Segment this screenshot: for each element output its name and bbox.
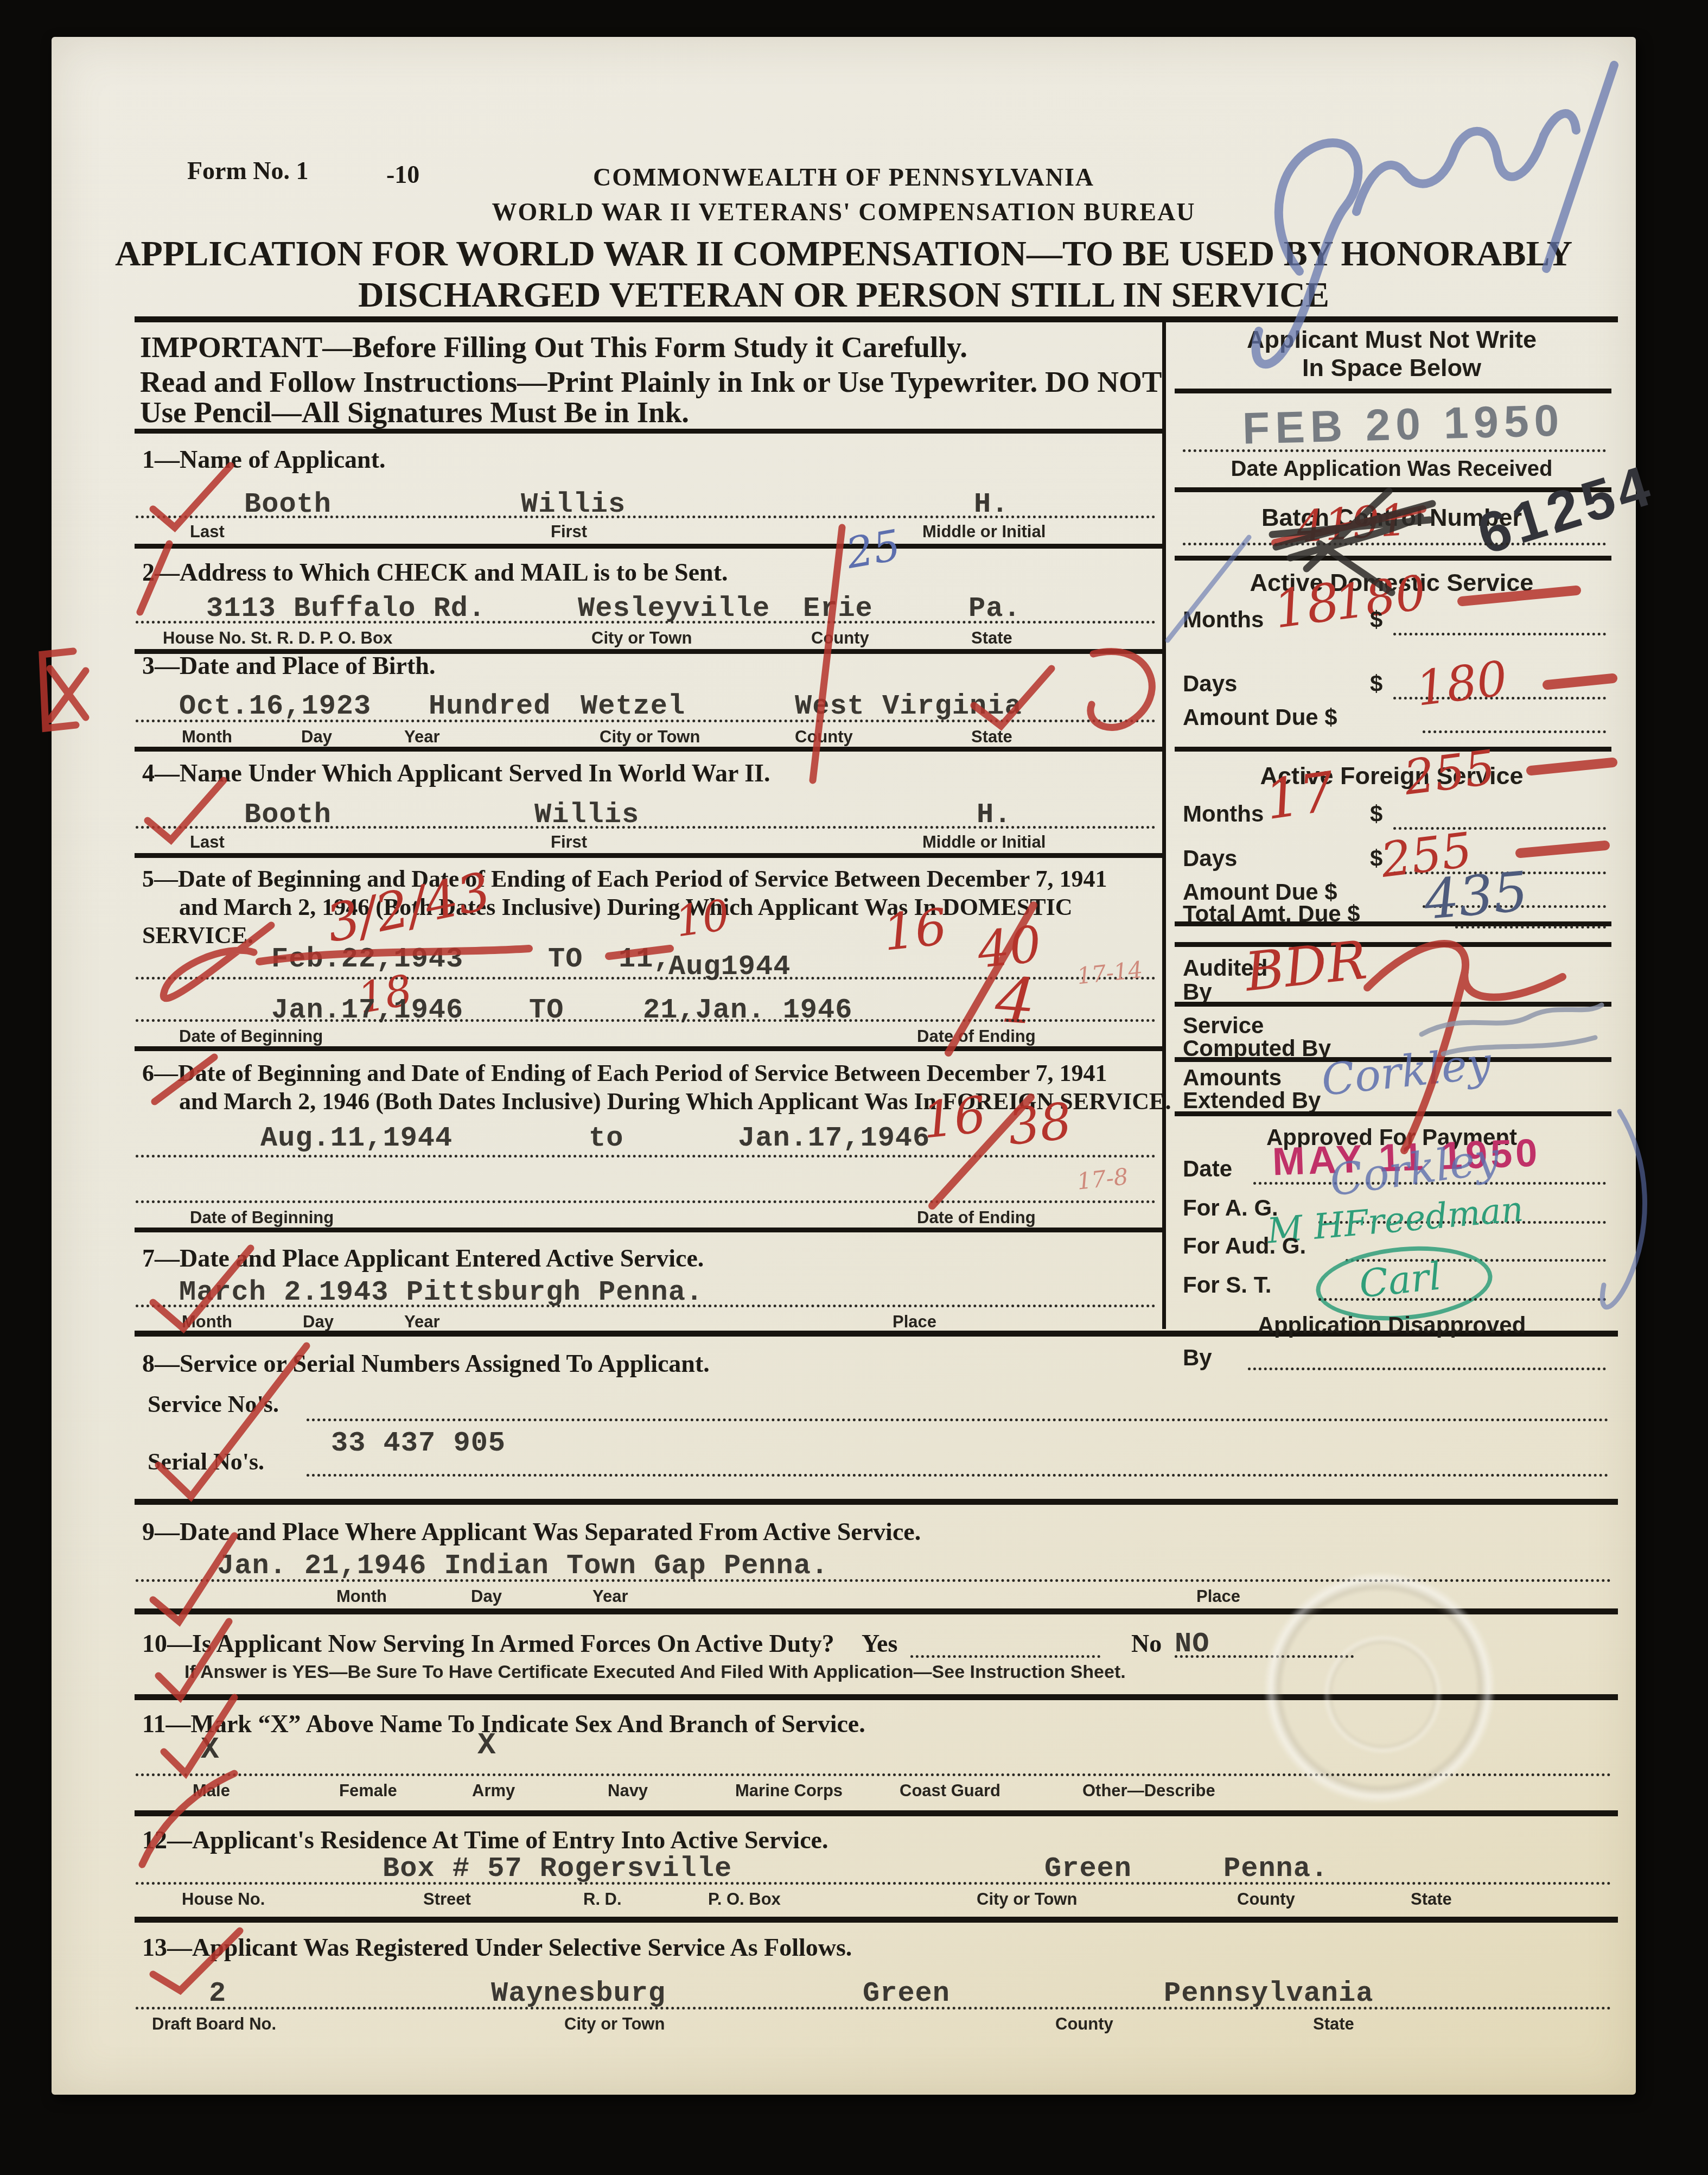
- label-state: State: [1313, 2014, 1354, 2034]
- divider: [135, 544, 1162, 549]
- section-7-heading: 7—Date and Place Applicant Entered Activ…: [142, 1244, 704, 1273]
- birth-city: Hundred: [429, 690, 551, 722]
- section-5-heading-3: SERVICE.: [142, 921, 253, 949]
- label-date-of-ending: Date of Ending: [917, 1208, 1036, 1228]
- important-line-1: IMPORTANT—Before Filling Out This Form S…: [140, 330, 967, 364]
- entry-line: [1248, 1368, 1606, 1370]
- label-po-box: P. O. Box: [708, 1890, 781, 1909]
- separated-value: Jan. 21,1946 Indian Town Gap Penna.: [217, 1550, 828, 1582]
- label-by: By: [1183, 1345, 1212, 1371]
- entry-line: [307, 1474, 1609, 1477]
- label-for-st: For S. T.: [1183, 1272, 1271, 1298]
- foreign-end-date: Jan.17,1946: [738, 1122, 930, 1154]
- section-8-heading: 8—Service or Serial Numbers Assigned To …: [142, 1349, 710, 1378]
- divider: [1175, 389, 1611, 393]
- label-amounts-extended-2: Extended By: [1183, 1087, 1321, 1114]
- birth-state: West Virginia: [795, 690, 1022, 722]
- foreign-begin-date: Aug.11,1944: [260, 1122, 453, 1154]
- handwritten-months-16: 16: [920, 1085, 989, 1150]
- entry-line: [136, 1882, 1611, 1885]
- date-received-stamp: FEB 20 1950: [1242, 395, 1565, 454]
- label-coast-guard: Coast Guard: [900, 1781, 1000, 1801]
- domestic-begin-date-struck: Feb.22,1943: [271, 943, 463, 975]
- dollar-sign: $: [1370, 801, 1382, 827]
- label-middle: Middle or Initial: [922, 832, 1046, 852]
- label-date-of-beginning: Date of Beginning: [179, 1027, 323, 1046]
- label-house: House No. St. R. D. P. O. Box: [163, 628, 392, 648]
- label-county: County: [795, 727, 853, 747]
- mail-state: Pa.: [968, 593, 1021, 625]
- label-rd: R. D.: [583, 1890, 622, 1909]
- divider: [135, 316, 1618, 322]
- label-for-ag: For A. G.: [1183, 1195, 1278, 1221]
- agency-line-1: COMMONWEALTH OF PENNSYLVANIA: [52, 163, 1636, 192]
- divider: [135, 853, 1162, 858]
- handwritten-note-17-8: 17-8: [1076, 1163, 1130, 1195]
- label-amounts-extended-1: Amounts: [1183, 1065, 1282, 1091]
- label-city: City or Town: [600, 727, 700, 747]
- section-1-heading: 1—Name of Applicant.: [142, 445, 386, 474]
- section-11-heading: 11—Mark “X” Above Name To Indicate Sex A…: [142, 1709, 865, 1738]
- important-line-3: Use Pencil—All Signatures Must Be in Ink…: [140, 395, 689, 429]
- section-6-heading-1: 6—Date of Beginning and Date of Ending o…: [142, 1059, 1107, 1087]
- label-date-of-beginning: Date of Beginning: [190, 1208, 334, 1228]
- label-marine-corps: Marine Corps: [735, 1781, 843, 1801]
- label-army: Army: [472, 1781, 515, 1801]
- label-state: State: [1411, 1890, 1452, 1909]
- label-serial-nos: Serial No's.: [148, 1448, 264, 1476]
- section-4-heading: 4—Name Under Which Applicant Served In W…: [142, 759, 770, 787]
- selective-service-city: Waynesburg: [491, 1977, 666, 2009]
- no-write-notice-1: Applicant Must Not Write: [1175, 326, 1609, 354]
- domestic-end-day-struck: 11,: [619, 943, 671, 975]
- column-divider: [1162, 316, 1166, 1329]
- label-state: State: [971, 628, 1012, 648]
- label-yes: Yes: [862, 1629, 897, 1658]
- dollar-sign: $: [1370, 607, 1382, 633]
- birth-county: Wetzel: [581, 690, 685, 722]
- divider: [1175, 747, 1611, 752]
- entry-line: [1183, 449, 1606, 452]
- label-date-of-ending: Date of Ending: [917, 1027, 1036, 1046]
- label-amount-due: Amount Due $: [1183, 704, 1337, 730]
- total-amount-value: 435: [1422, 860, 1530, 932]
- label-navy: Navy: [608, 1781, 648, 1801]
- foreign-amount-top-value: 255: [1401, 739, 1498, 806]
- label-date: Date: [1183, 1156, 1232, 1182]
- divider: [1175, 1111, 1611, 1116]
- entry-line: [136, 720, 1156, 722]
- mail-county: Erie: [803, 593, 873, 625]
- residence-address: Box # 57 Rogersville: [383, 1853, 732, 1885]
- entered-service-value: March 2.1943 Pittsburgh Penna.: [179, 1276, 703, 1308]
- foreign-months-value: 17: [1261, 760, 1338, 832]
- entry-line: [136, 1305, 1156, 1307]
- entry-line: [1318, 1298, 1606, 1301]
- label-middle: Middle or Initial: [922, 522, 1046, 542]
- label-audited-2: By: [1183, 979, 1212, 1005]
- entry-line: [136, 1019, 1156, 1022]
- divider: [135, 1046, 1162, 1051]
- label-city: City or Town: [591, 628, 692, 648]
- label-street: Street: [423, 1890, 471, 1909]
- label-city: City or Town: [564, 2014, 665, 2034]
- label-place: Place: [893, 1312, 936, 1332]
- entry-line: [1393, 633, 1606, 635]
- entry-line: [136, 516, 1156, 518]
- label-county: County: [1055, 2014, 1113, 2034]
- label-total-amount: Total Amt. Due $: [1183, 901, 1360, 927]
- selective-service-county: Green: [863, 1977, 950, 2009]
- entry-line: [136, 621, 1156, 624]
- mail-address: 3113 Buffalo Rd.: [206, 593, 486, 625]
- entry-line: [136, 2007, 1611, 2009]
- residence-county: Green: [1044, 1853, 1132, 1885]
- selective-service-state: Pennsylvania: [1164, 1977, 1373, 2009]
- label-days: Days: [1183, 671, 1237, 697]
- label-day: Day: [301, 727, 332, 747]
- label-month: Month: [182, 1312, 232, 1332]
- entry-line: [136, 1155, 1156, 1158]
- label-last: Last: [190, 522, 225, 542]
- label-day: Day: [471, 1587, 502, 1606]
- label-month: Month: [182, 727, 232, 747]
- domestic-to: TO: [548, 943, 583, 975]
- label-month: Month: [336, 1587, 387, 1606]
- no-write-notice-2: In Space Below: [1175, 354, 1609, 382]
- draft-board-no: 2: [209, 1977, 226, 2009]
- label-no: No: [1131, 1629, 1162, 1658]
- handwritten-months-16: 16: [881, 898, 950, 962]
- handwritten-blue-note: 25: [843, 521, 904, 578]
- label-for-aud-g: For Aud. G.: [1183, 1233, 1306, 1259]
- form-title-line-1: APPLICATION FOR WORLD WAR II COMPENSATIO…: [52, 233, 1636, 275]
- label-county: County: [811, 628, 869, 648]
- entry-line: [1455, 926, 1606, 928]
- foreign-to: to: [589, 1122, 623, 1154]
- application-disapproved-heading: Application Disapproved: [1175, 1312, 1609, 1338]
- label-days: Days: [1183, 845, 1237, 872]
- serial-number-value: 33 437 905: [331, 1427, 506, 1459]
- label-state: State: [971, 727, 1012, 747]
- handwritten-days-38: 38: [1005, 1092, 1075, 1156]
- entry-line: [1423, 730, 1606, 733]
- label-year: Year: [404, 1312, 440, 1332]
- label-draft-board-no: Draft Board No.: [152, 2014, 276, 2034]
- divider: [135, 747, 1162, 752]
- handwritten-corrected-day: 10: [672, 891, 732, 947]
- section-3-heading: 3—Date and Place of Birth.: [142, 651, 435, 680]
- entry-line: [136, 1200, 1156, 1203]
- label-city: City or Town: [977, 1890, 1077, 1909]
- dollar-sign: $: [1370, 671, 1382, 697]
- label-year: Year: [592, 1587, 628, 1606]
- section-5-heading-1: 5—Date of Beginning and Date of Ending o…: [142, 865, 1107, 893]
- audited-by-initials: BDR: [1242, 930, 1370, 1004]
- label-county: County: [1237, 1890, 1295, 1909]
- scanned-document: Form No. 1 -10 COMMONWEALTH OF PENNSYLVA…: [0, 0, 1708, 2175]
- label-female: Female: [339, 1781, 397, 1801]
- section-2-heading: 2—Address to Which CHECK and MAIL is to …: [142, 558, 728, 587]
- birth-date: Oct.16,1923: [179, 690, 371, 722]
- divider: [1175, 942, 1611, 947]
- x-mark-army: X: [477, 1728, 496, 1763]
- foreign-service-heading: Active Foreign Service: [1175, 762, 1609, 790]
- label-year: Year: [404, 727, 440, 747]
- divider: [1175, 556, 1611, 561]
- label-place: Place: [1196, 1587, 1240, 1606]
- section-12-heading: 12—Applicant's Residence At Time of Entr…: [142, 1826, 828, 1854]
- important-line-2: Read and Follow Instructions—Print Plain…: [140, 365, 1162, 399]
- label-house-no: House No.: [182, 1890, 265, 1909]
- label-other-describe: Other—Describe: [1082, 1781, 1215, 1801]
- label-months: Months: [1183, 801, 1264, 827]
- label-last: Last: [190, 832, 225, 852]
- domestic-amount-due-value: 180: [1413, 650, 1510, 717]
- form-title-line-2: DISCHARGED VETERAN OR PERSON STILL IN SE…: [52, 275, 1636, 316]
- label-months: Months: [1183, 607, 1264, 633]
- divider: [135, 429, 1162, 434]
- label-date-received: Date Application Was Received: [1175, 457, 1609, 481]
- label-male: Male: [193, 1781, 230, 1801]
- section-10-note: If Answer is YES—Be Sure To Have Certifi…: [184, 1662, 1126, 1683]
- divider: [1175, 1002, 1611, 1007]
- divider: [135, 1917, 1618, 1923]
- divider: [135, 1228, 1162, 1232]
- divider: [135, 1499, 1618, 1505]
- section-10-heading: 10—Is Applicant Now Serving In Armed For…: [142, 1629, 834, 1658]
- label-first: First: [551, 832, 587, 852]
- section-13-heading: 13—Applicant Was Registered Under Select…: [142, 1933, 852, 1962]
- section-9-heading: 9—Date and Place Where Applicant Was Sep…: [142, 1517, 921, 1546]
- agency-line-2: WORLD WAR II VETERANS' COMPENSATION BURE…: [52, 198, 1636, 226]
- entry-line: [307, 1419, 1609, 1421]
- embossed-seal-inner: [1299, 1614, 1473, 1788]
- x-mark-male: X: [201, 1732, 220, 1767]
- entry-line: [1183, 543, 1606, 545]
- label-service-computed-1: Service: [1183, 1013, 1264, 1039]
- mail-city: Wesleyville: [578, 593, 770, 625]
- entry-line: [136, 826, 1156, 829]
- residence-state: Penna.: [1223, 1853, 1328, 1885]
- label-service-nos: Service No's.: [148, 1390, 279, 1418]
- label-first: First: [551, 522, 587, 542]
- label-day: Day: [303, 1312, 334, 1332]
- entry-line: [910, 1655, 1100, 1658]
